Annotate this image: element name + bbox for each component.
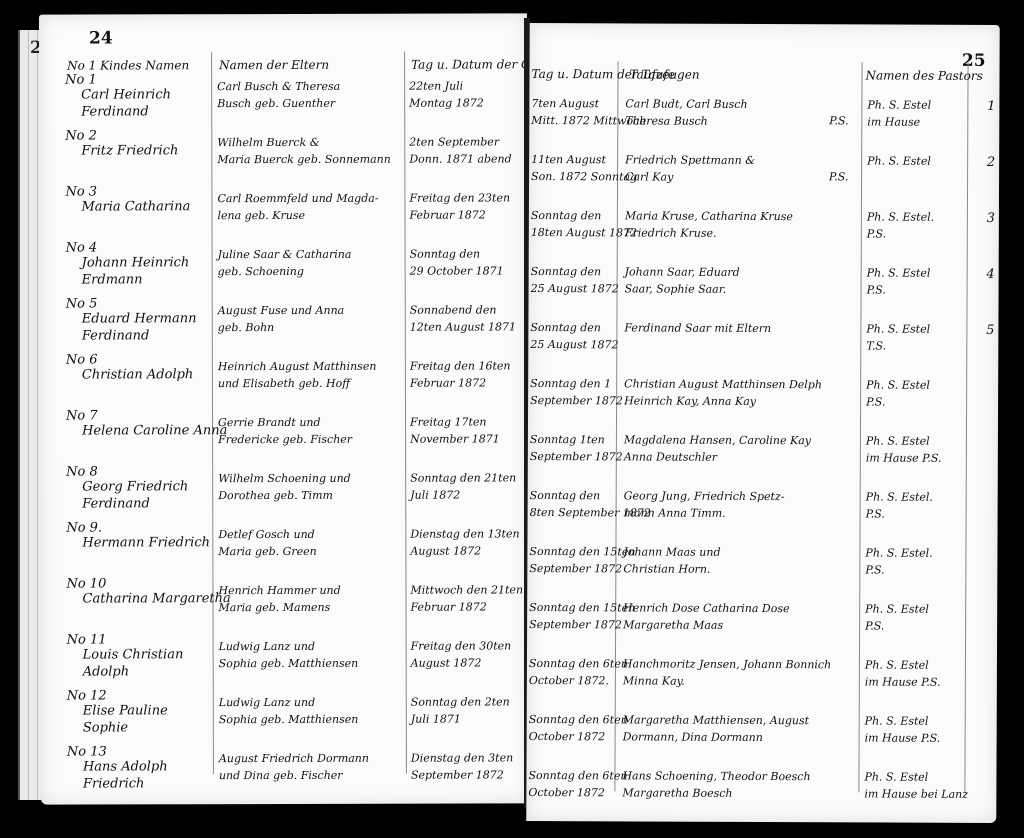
birth-date: Freitag 17tenNovember 1871 <box>410 413 500 447</box>
register-row-right: Sonntag den 1September 1872Christian Aug… <box>528 369 998 427</box>
entry-number: No 3 <box>65 184 97 199</box>
birth-date: Freitag den 23tenFebruar 1872 <box>409 189 510 223</box>
entry-number: No 1 <box>65 72 97 87</box>
pastor-name: Ph. S. Estelim Hause <box>867 96 931 130</box>
parents-names: Henrich Hammer undMaria geb. Mamens <box>218 582 340 616</box>
entry-number: No 7 <box>66 408 98 423</box>
parents-names: Heinrich August Matthinsenund Elisabeth … <box>218 358 377 392</box>
parents-names: Detlef Gosch undMaria geb. Green <box>218 526 316 560</box>
pastor-name: Ph. S. Estelim Hause P.S. <box>865 656 941 690</box>
register-row-right: Sonntag den25 August 1872Ferdinand Saar … <box>528 313 998 371</box>
birth-date: Freitag den 30tenAugust 1872 <box>411 637 512 671</box>
header-child-name: No 1 Kindes Namen <box>67 58 189 72</box>
entry-number: No 13 <box>67 744 107 759</box>
sponsors: Henrich Dose Catharina DoseMargaretha Ma… <box>623 599 790 634</box>
entry-number: No 12 <box>67 688 107 703</box>
sponsors: Johann Maas undChristian Horn. <box>623 543 720 577</box>
sponsors: Maria Kruse, Catharina KruseFriedrich Kr… <box>625 207 793 242</box>
child-name: Catharina Margaretha <box>82 590 230 607</box>
baptism-date: Sonntag den25 August 1872 <box>531 263 619 297</box>
right-page: 25 Tag u. Datum der Taufe Taufzeugen Nam… <box>526 23 999 823</box>
parents-names: Ludwig Lanz undSophia geb. Matthiensen <box>219 638 359 672</box>
register-row-left: No 12Elise PaulineSophieLudwig Lanz undS… <box>41 687 529 744</box>
sponsor-note: P.S. <box>829 112 848 129</box>
register-row-left: No 4Johann HeinrichErdmannJuline Saar & … <box>40 239 528 296</box>
header-sponsors: Taufzeugen <box>629 67 699 81</box>
pastor-name: Ph. S. EstelP.S. <box>867 264 931 298</box>
birth-date: Sonnabend den12ten August 1871 <box>410 301 516 335</box>
baptism-date: Sonntag den 15tenSeptember 1872 <box>529 599 635 633</box>
sponsor-note: P.S. <box>829 168 848 185</box>
entry-number: No 9. <box>66 520 102 535</box>
pastor-name: Ph. S. Estel <box>867 152 931 169</box>
sponsors: Margaretha Matthiensen, AugustDormann, D… <box>623 711 809 746</box>
register-row-right: 7ten AugustMitt. 1872 MittwochCarl Budt,… <box>529 89 999 147</box>
entry-number: No 4 <box>66 240 98 255</box>
register-row-right: Sonntag 1tenSeptember 1872Magdalena Hans… <box>528 425 998 483</box>
baptism-date: Sonntag den18ten August 1872 <box>531 207 637 241</box>
baptism-date: Sonntag den 1September 1872 <box>530 375 623 409</box>
register-row-right: Sonntag den 15tenSeptember 1872Johann Ma… <box>527 537 997 595</box>
child-name: Louis ChristianAdolph <box>83 646 184 680</box>
baptism-date: Sonntag den25 August 1872 <box>530 319 618 353</box>
parents-names: Carl Roemmfeld und Magda-lena geb. Kruse <box>217 190 378 224</box>
child-name: Johann HeinrichErdmann <box>82 254 190 288</box>
register-row-right: Sonntag den25 August 1872Johann Saar, Ed… <box>528 257 998 315</box>
birth-date: Dienstag den 3tenSeptember 1872 <box>411 749 513 783</box>
child-name: Maria Catharina <box>81 198 190 215</box>
pastor-name: Ph. S. Estelim Hause bei Lanz <box>864 768 968 802</box>
header-parents: Namen der Eltern <box>219 58 329 72</box>
pastor-name: Ph. S. Estel.P.S. <box>866 488 933 522</box>
pastor-name: Ph. S. Estelim Hause P.S. <box>865 712 941 746</box>
pastor-name: Ph. S. Estel.P.S. <box>867 208 934 242</box>
register-row-left: No 7Helena Caroline AnnaGerrie Brandt un… <box>40 407 528 464</box>
birth-date: Mittwoch den 21tenFebruar 1872 <box>410 581 523 615</box>
baptism-date: Sonntag den 6tenOctober 1872 <box>529 711 628 745</box>
sponsors: Hanchmoritz Jensen, Johann BonnichMinna … <box>623 655 831 690</box>
entry-number: No 11 <box>67 632 107 647</box>
birth-date: Sonntag den 21tenJuli 1872 <box>410 469 516 503</box>
parents-names: Ludwig Lanz undSophia geb. Matthiensen <box>219 694 359 728</box>
register-row-right: Sonntag den 6tenOctober 1872Margaretha M… <box>527 705 997 763</box>
sponsors: Ferdinand Saar mit Eltern <box>624 319 771 337</box>
left-entries: No 1Carl HeinrichFerdinandCarl Busch & T… <box>39 71 527 72</box>
register-row-right: Sonntag den 6tenOctober 1872.Hanchmoritz… <box>527 649 997 707</box>
pastor-name: Ph. S. Estel.P.S. <box>865 544 932 578</box>
left-page: 24 No 1 Kindes Namen Namen der Eltern Ta… <box>39 13 529 804</box>
child-name: Hans AdolphFriedrich <box>83 758 168 792</box>
birth-date: Sonntag den29 October 1871 <box>410 245 504 279</box>
margin-number: 3 <box>987 211 995 226</box>
register-row-left: No 6Christian AdolphHeinrich August Matt… <box>40 351 528 408</box>
margin-number: 2 <box>987 155 995 170</box>
margin-number: 5 <box>986 323 994 338</box>
sponsors: Magdalena Hansen, Caroline KayAnna Deuts… <box>624 431 811 466</box>
parents-names: Gerrie Brandt undFredericke geb. Fischer <box>218 414 352 448</box>
entry-number: No 6 <box>66 352 98 367</box>
parents-names: Carl Busch & TheresaBusch geb. Guenther <box>217 78 340 112</box>
birth-date: 22ten JuliMontag 1872 <box>409 77 484 111</box>
register-row-left: No 13Hans AdolphFriedrichAugust Friedric… <box>41 743 529 800</box>
sponsors: Carl Budt, Carl BuschTheresa Busch <box>625 95 747 130</box>
baptism-date: Sonntag den 6tenOctober 1872. <box>529 655 628 689</box>
birth-date: 2ten SeptemberDonn. 1871 abend <box>409 133 511 167</box>
header-pastor: Namen des Pastors <box>865 68 982 83</box>
pastor-name: Ph. S. Estelim Hause P.S. <box>866 432 942 466</box>
child-name: Eduard HermannFerdinand <box>82 310 197 344</box>
baptism-date: Sonntag den 6tenOctober 1872 <box>528 767 627 801</box>
child-name: Georg FriedrichFerdinand <box>82 478 188 512</box>
baptism-date: Sonntag 1tenSeptember 1872 <box>530 431 623 465</box>
child-name: Hermann Friedrich <box>82 534 210 551</box>
child-name: Fritz Friedrich <box>81 142 178 159</box>
register-row-left: No 2Fritz FriedrichWilhelm Buerck &Maria… <box>39 127 527 184</box>
birth-date: Sonntag den 2tenJuli 1871 <box>411 693 510 727</box>
entry-number: No 10 <box>66 576 106 591</box>
register-row-right: Sonntag den8ten September 1872Georg Jung… <box>528 481 998 539</box>
margin-number: 1 <box>987 99 995 114</box>
entry-number: No 5 <box>66 296 98 311</box>
baptism-date: 11ten AugustSon. 1872 Sonntag <box>531 151 637 185</box>
child-name: Elise PaulineSophie <box>83 702 168 736</box>
register-row-left: No 11Louis ChristianAdolphLudwig Lanz un… <box>41 631 529 688</box>
parents-names: August Fuse und Annageb. Bohn <box>218 302 345 336</box>
pastor-name: Ph. S. EstelT.S. <box>866 320 930 354</box>
register-row-right: Sonntag den18ten August 1872Maria Kruse,… <box>529 201 999 259</box>
birth-date: Freitag den 16tenFebruar 1872 <box>410 357 511 391</box>
entry-number: No 8 <box>66 464 98 479</box>
register-row-right: 11ten AugustSon. 1872 SonntagFriedrich S… <box>529 145 999 203</box>
parents-names: August Friedrich Dormannund Dina geb. Fi… <box>219 750 369 784</box>
child-name: Carl HeinrichFerdinand <box>81 86 171 120</box>
child-name: Christian Adolph <box>82 366 193 383</box>
margin-number: 4 <box>986 267 994 282</box>
register-row-right: Sonntag den 6tenOctober 1872Hans Schoeni… <box>526 761 996 819</box>
register-row-left: No 8Georg FriedrichFerdinandWilhelm Scho… <box>40 463 528 520</box>
entry-number: No 2 <box>65 128 97 143</box>
child-name: Helena Caroline Anna <box>82 422 227 439</box>
parents-names: Wilhelm Schoening undDorothea geb. Timm <box>218 470 351 504</box>
pastor-name: Ph. S. EstelP.S. <box>866 376 930 410</box>
register-row-left: No 5Eduard HermannFerdinandAugust Fuse u… <box>40 295 528 352</box>
sponsors: Georg Jung, Friedrich Spetz-mann Anna Ti… <box>624 487 785 522</box>
parents-names: Wilhelm Buerck &Maria Buerck geb. Sonnem… <box>217 134 391 168</box>
sponsors: Hans Schoening, Theodor BoeschMargaretha… <box>622 767 810 802</box>
sponsors: Friedrich Spettmann &Carl Kay <box>625 151 755 186</box>
birth-date: Dienstag den 13tenAugust 1872 <box>410 525 519 559</box>
pastor-name: Ph. S. EstelP.S. <box>865 600 929 634</box>
sponsors: Johann Saar, EduardSaar, Sophie Saar. <box>625 263 740 298</box>
parents-names: Juline Saar & Catharinageb. Schoening <box>218 246 352 280</box>
register-row-left: No 3Maria CatharinaCarl Roemmfeld und Ma… <box>39 183 527 240</box>
register-row-left: No 9.Hermann FriedrichDetlef Gosch undMa… <box>40 519 528 576</box>
sponsors: Christian August Matthinsen DelphHeinric… <box>624 375 822 410</box>
register-row-right: Sonntag den 15tenSeptember 1872Henrich D… <box>527 593 997 651</box>
register-row-left: No 1Carl HeinrichFerdinandCarl Busch & T… <box>39 71 527 128</box>
register-row-left: No 10Catharina MargarethaHenrich Hammer … <box>40 575 528 632</box>
left-page-number: 24 <box>89 28 113 48</box>
baptism-date: Sonntag den 15tenSeptember 1872 <box>529 543 635 577</box>
